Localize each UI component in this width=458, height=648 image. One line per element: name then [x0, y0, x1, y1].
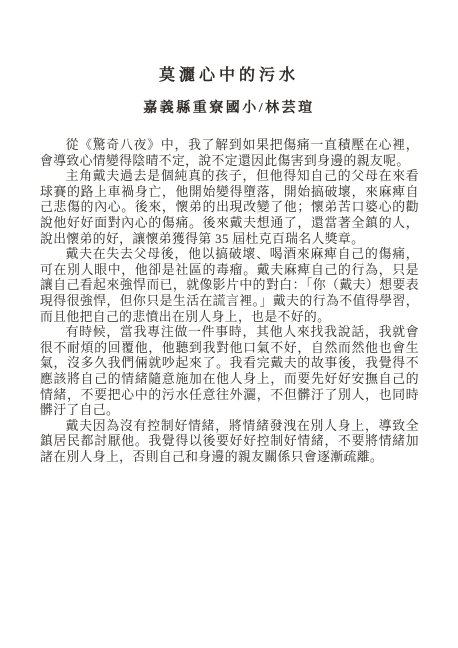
document-page: 莫灑心中的污水 嘉義縣重寮國小/林芸瑄 從《驚奇八夜》中，我了解到如果把傷痛一直…: [0, 0, 458, 648]
paragraph-4: 有時候，當我專注做一件事時，其他人來找我說話，我就會很不耐煩的回覆他，他聽到我對…: [40, 325, 419, 419]
document-body: 從《驚奇八夜》中，我了解到如果把傷痛一直積壓在心裡，會導致心情變得陰晴不定，說不…: [0, 118, 458, 465]
paragraph-3: 戴夫在失去父母後，他以搞破壞、喝酒來麻痺自己的傷痛，可在別人眼中，他卻是社區的毒…: [40, 247, 419, 325]
paragraph-1: 從《驚奇八夜》中，我了解到如果把傷痛一直積壓在心裡，會導致心情變得陰晴不定，說不…: [40, 138, 419, 169]
document-title: 莫灑心中的污水: [0, 0, 458, 86]
paragraph-5: 戴夫因為沒有控制好情緒，將情緒發洩在別人身上，導致全鎮居民都討厭他。我覺得以後要…: [40, 419, 419, 466]
document-byline: 嘉義縣重寮國小/林芸瑄: [0, 86, 458, 118]
paragraph-2: 主角戴夫過去是個純真的孩子，但他得知自己的父母在來看球賽的路上車禍身亡，他開始變…: [40, 169, 419, 247]
